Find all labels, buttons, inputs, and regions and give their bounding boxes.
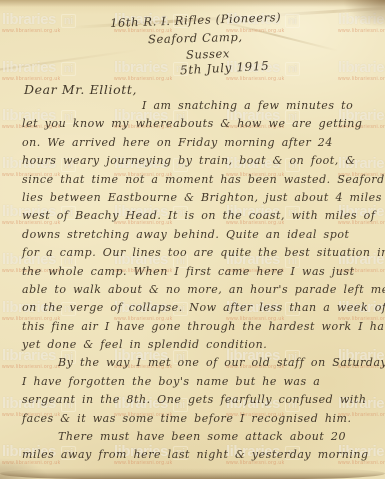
watermark-brand-text: librariesni bbox=[2, 60, 112, 75]
watermark-ni-logo: ni bbox=[61, 62, 76, 76]
watermark-tile: librariesniwww.librariesni.org.uk bbox=[2, 12, 112, 34]
letter-line: on the verge of collapse. Now after less… bbox=[22, 299, 378, 317]
paper-edge-bottom bbox=[0, 468, 385, 479]
letter-line: on. We arrived here on Friday morning af… bbox=[22, 134, 378, 152]
paper-edge-top bbox=[0, 0, 385, 7]
letter-line: this fine air I have gone through the ha… bbox=[22, 318, 378, 336]
letter-line: west of Beachy Head. It is on the coast,… bbox=[22, 207, 378, 225]
letter-heading-camp: Seaford Camp, bbox=[148, 30, 243, 46]
watermark-tile: librariesniwww.librariesni.org.uk bbox=[2, 60, 112, 82]
letter-line: for a camp. Our lines too are quite the … bbox=[22, 244, 378, 262]
letter-line: able to walk about & no more, an hour's … bbox=[22, 281, 378, 299]
watermark-brand-text: librariesni bbox=[338, 60, 385, 75]
letter-line: let you know my whereabouts & how we are… bbox=[22, 115, 378, 133]
paper-corner-shadow bbox=[325, 0, 385, 40]
letter-line: since that time not a moment has been wa… bbox=[22, 171, 378, 189]
letter-line: yet done & feel in splendid condition. bbox=[22, 336, 378, 354]
letter-line: lies between Eastbourne & Brighton, just… bbox=[22, 189, 378, 207]
watermark-brand-text: librariesni bbox=[2, 12, 112, 27]
letter-line: There must have been some attack about 2… bbox=[22, 428, 378, 446]
letter-line: faces & it was some time before I recogn… bbox=[22, 410, 378, 428]
letter-line: downs stretching away behind. Quite an i… bbox=[22, 226, 378, 244]
watermark-ni-logo: ni bbox=[61, 14, 76, 28]
letter-heading-regiment: 16th R. I. Rifles (Pioneers) bbox=[110, 10, 282, 30]
watermark-ni-logo: ni bbox=[285, 62, 300, 76]
letter-line: miles away from here last night & yester… bbox=[22, 446, 378, 464]
scanned-letter-page: librariesniwww.librariesni.org.uklibrari… bbox=[0, 0, 385, 479]
letter-line: sergeant in the 8th. One gets fearfully … bbox=[22, 391, 378, 409]
watermark-url-text: www.librariesni.org.uk bbox=[2, 29, 112, 34]
letter-line: the whole camp. When I first came here I… bbox=[22, 263, 378, 281]
watermark-tile: librariesniwww.librariesni.org.uk bbox=[338, 60, 385, 82]
letter-body: I am snatching a few minutes tolet you k… bbox=[22, 97, 378, 465]
paper-crease bbox=[0, 49, 139, 73]
letter-line: I have forgotten the boy's name but he w… bbox=[22, 373, 378, 391]
letter-line: hours weary journeying by train, boat & … bbox=[22, 152, 378, 170]
watermark-brand-text: librariesni bbox=[338, 12, 385, 27]
watermark-url-text: www.librariesni.org.uk bbox=[226, 77, 336, 82]
watermark-url-text: www.librariesni.org.uk bbox=[338, 29, 385, 34]
letter-line: I am snatching a few minutes to bbox=[22, 97, 378, 115]
watermark-tile: librariesniwww.librariesni.org.uk bbox=[338, 12, 385, 34]
letter-salutation: Dear Mr. Elliott, bbox=[24, 82, 137, 97]
letter-heading-county: Sussex bbox=[186, 46, 230, 62]
watermark-ni-logo: ni bbox=[285, 14, 300, 28]
letter-line: By the way I met one of our old staff on… bbox=[22, 354, 378, 372]
watermark-url-text: www.librariesni.org.uk bbox=[338, 77, 385, 82]
